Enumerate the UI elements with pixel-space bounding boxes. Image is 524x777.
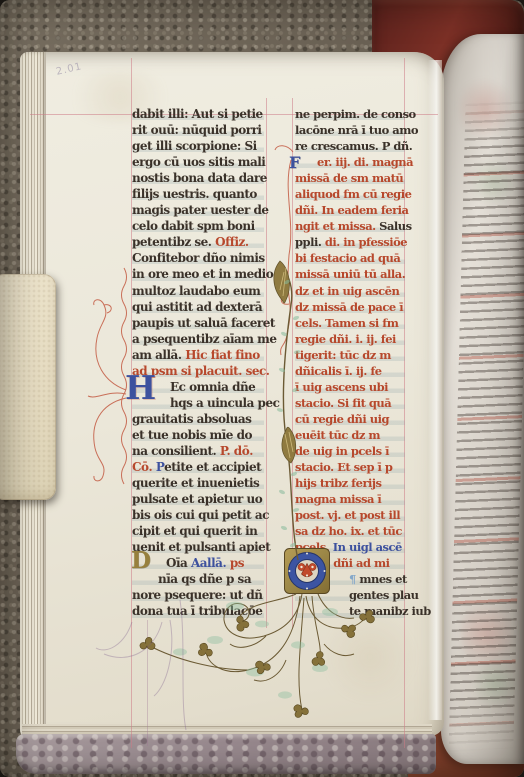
text-segment: Salus <box>379 219 411 233</box>
text-line: magis pater uester de <box>132 202 264 218</box>
text-line: get illi scorpione: Si <box>132 138 264 154</box>
gutter-highlight <box>428 60 442 720</box>
text-line: a psequentibz aīam me <box>132 331 264 347</box>
text-segment: P <box>156 460 164 474</box>
text-segment: grauitatis absoluas <box>132 412 251 426</box>
text-segment: cels. Tamen si fm <box>295 316 398 330</box>
text-segment: ergo cū uos sitis mali <box>132 155 265 169</box>
text-segment: te manibz iub <box>349 604 431 618</box>
text-line: er. iij. di. magnā <box>295 154 405 170</box>
text-segment: ps <box>230 556 244 570</box>
text-line: dz missā de pace ī <box>295 299 405 315</box>
text-segment: bi festacio ad quā <box>295 251 400 265</box>
bookmark-tab <box>0 274 56 500</box>
text-segment: am allā. <box>132 348 185 362</box>
text-segment: ne perpim. de conso <box>295 107 416 121</box>
text-segment: P. dō. <box>220 444 253 458</box>
text-segment: post. vj. et post ill <box>295 508 400 522</box>
text-line: ne perpim. de conso <box>295 106 405 122</box>
text-segment: di. in pfessiōe <box>325 235 407 249</box>
text-line: te manibz iub <box>295 603 405 619</box>
text-line: Oīa Aallā. ps <box>132 555 264 571</box>
text-line: grauitatis absoluas <box>132 411 264 427</box>
text-segment: uenit et pulsanti apiet <box>132 540 270 554</box>
initial-cadel-gold: D <box>131 549 151 572</box>
text-line: uenit et pulsanti apiet <box>132 539 264 555</box>
text-segment: dabit illi: Aut si petie <box>132 107 263 121</box>
text-line: Cō. Petite et accipiet <box>132 459 264 475</box>
text-segment: Cō. <box>132 460 156 474</box>
text-segment: in ore meo et in medio <box>132 267 273 281</box>
text-segment: a psequentibz aīam me <box>132 332 277 346</box>
text-segment: nore psequere: ut dñ <box>132 588 263 602</box>
text-line: na consilient. P. dō. <box>132 443 264 459</box>
text-segment: etite et accipiet <box>164 460 261 474</box>
text-line: celo dabit spm boni <box>132 218 264 234</box>
text-line: sa dz ho. ix. et tūc <box>295 523 405 539</box>
text-segment: et tue nobis mīe do <box>132 428 252 442</box>
text-segment: petentibz se. <box>132 235 215 249</box>
text-line: pulsate et apietur uo <box>132 491 264 507</box>
text-segment: aliquod fm cū regie <box>295 187 411 201</box>
text-line: missā uniū tū alla. <box>295 266 405 282</box>
text-segment: stacio. Si fit quā <box>295 396 391 410</box>
text-line: stacio. Si fit quā <box>295 395 405 411</box>
text-line: ī uig ascens ubi <box>295 379 405 395</box>
initial-o-illuminated: O <box>284 548 330 594</box>
text-line: qui astitit ad dexterā <box>132 299 264 315</box>
text-segment: dz et in uig ascēn <box>295 284 399 298</box>
text-segment: ngit et missa. <box>295 219 379 233</box>
text-segment: querite et inuenietis <box>132 476 259 490</box>
text-line: Confitebor dño nimis <box>132 250 264 266</box>
text-segment: stacio. Et sep ī p <box>295 460 392 474</box>
text-line: dñicalis ī. ij. fe <box>295 363 405 379</box>
text-line: missā de sm matū <box>295 170 405 186</box>
text-line: dñi. In eadem feria <box>295 202 405 218</box>
text-segment: Aallā. <box>191 556 230 570</box>
text-line: bis ois cui qui petit ac <box>132 507 264 523</box>
text-segment: cū regie dñi uig <box>295 412 389 426</box>
text-line: ergo cū uos sitis mali <box>132 154 264 170</box>
text-line: dz et in uig ascēn <box>295 283 405 299</box>
text-line: dabit illi: Aut si petie <box>132 106 264 122</box>
text-line: cipit et qui querit in <box>132 523 264 539</box>
text-line: aliquod fm cū regie <box>295 186 405 202</box>
text-line: bi festacio ad quā <box>295 250 405 266</box>
text-line: et tue nobis mīe do <box>132 427 264 443</box>
ruling-line-vertical <box>147 620 148 746</box>
text-segment: Offiz. <box>215 235 248 249</box>
text-line: hijs tribz ferijs <box>295 475 405 491</box>
text-segment: na consilient. <box>132 444 220 458</box>
manuscript-photo: 2.01 dabit illi: Aut si petierit ouū: nū… <box>0 0 524 777</box>
text-line: multoz laudabo eum <box>132 283 264 299</box>
text-segment: tigerit: tūc dz m <box>295 348 391 362</box>
text-segment: filijs uestris. quanto <box>132 187 257 201</box>
text-line: stacio. Et sep ī p <box>295 459 405 475</box>
text-segment: Hic fiat fino <box>185 348 260 362</box>
text-segment: bis ois cui qui petit ac <box>132 508 269 522</box>
text-segment: dñi. In eadem feria <box>295 203 408 217</box>
text-segment: euēit tūc dz m <box>295 428 380 442</box>
text-segment: nostis bona data dare <box>132 171 267 185</box>
text-segment: nīa qs dñe p sa <box>158 572 251 586</box>
text-segment: sa dz ho. ix. et tūc <box>295 524 402 538</box>
text-segment: paupis ut saluā faceret <box>132 316 275 330</box>
text-line: filijs uestris. quanto <box>132 186 264 202</box>
text-segment: Oīa <box>166 556 191 570</box>
text-segment: multoz laudabo eum <box>132 284 260 298</box>
text-line: lacōne nrā ī tuo amo <box>295 122 405 138</box>
text-segment: ppli. <box>295 235 325 249</box>
text-line: dona tua ī tribulacōe <box>132 603 264 619</box>
text-segment: regie dñi. i. ij. fei <box>295 332 396 346</box>
text-line: ppli. di. in pfessiōe <box>295 234 405 250</box>
text-segment: dz missā de pace ī <box>295 300 403 314</box>
initial-h-illuminated: H <box>125 371 156 404</box>
text-line: nore psequere: ut dñ <box>132 587 264 603</box>
text-line: post. vj. et post ill <box>295 507 405 523</box>
facing-page <box>441 34 524 764</box>
text-segment: In uigl ascē <box>333 540 402 554</box>
parchment-stain <box>320 612 420 702</box>
text-segment: ¶ <box>349 572 359 586</box>
text-line: petentibz se. Offiz. <box>132 234 264 250</box>
text-segment: qui astitit ad dexterā <box>132 300 262 314</box>
text-segment: hijs tribz ferijs <box>295 476 382 490</box>
text-line: am allā. Hic fiat fino <box>132 347 264 363</box>
text-segment: lacōne nrā ī tuo amo <box>295 123 418 137</box>
text-segment: magis pater uester de <box>132 203 269 217</box>
text-segment: Confitebor dño nimis <box>132 251 265 265</box>
text-segment: er. iij. di. magnā <box>317 155 413 169</box>
text-line: paupis ut saluā faceret <box>132 315 264 331</box>
text-line: cels. Tamen si fm <box>295 315 405 331</box>
page-block-bottom <box>16 734 436 774</box>
text-segment: celo dabit spm boni <box>132 219 255 233</box>
text-segment: dñicalis ī. ij. fe <box>295 364 382 378</box>
text-segment: pulsate et apietur uo <box>132 492 262 506</box>
text-segment: get illi scorpione: Si <box>132 139 257 153</box>
text-segment: dona tua ī tribulacōe <box>132 604 262 618</box>
text-segment: mnes et <box>359 572 406 586</box>
text-line: tigerit: tūc dz m <box>295 347 405 363</box>
text-segment: rit ouū: nūquid porri <box>132 123 261 137</box>
text-line: nīa qs dñe p sa <box>132 571 264 587</box>
text-line: ngit et missa. Salus <box>295 218 405 234</box>
text-line: rit ouū: nūquid porri <box>132 122 264 138</box>
initial-f-blue: F <box>289 155 300 171</box>
text-segment: missā uniū tū alla. <box>295 267 405 281</box>
text-segment: missā de sm matū <box>295 171 403 185</box>
text-line: querite et inuenietis <box>132 475 264 491</box>
text-segment: ī uig ascens ubi <box>295 380 388 394</box>
text-line: regie dñi. i. ij. fei <box>295 331 405 347</box>
text-line: cū regie dñi uig <box>295 411 405 427</box>
left-text-column: dabit illi: Aut si petierit ouū: nūquid … <box>132 106 264 620</box>
text-segment: re crescamus. P dñ. <box>295 139 412 153</box>
initial-o-artwork <box>284 548 330 594</box>
text-line: de uig in pcels ī <box>295 443 405 459</box>
right-text-column: ne perpim. de consolacōne nrā ī tuo amor… <box>295 106 405 620</box>
text-line: nostis bona data dare <box>132 170 264 186</box>
facing-page-text-texture <box>448 95 524 752</box>
text-segment: cipit et qui querit in <box>132 524 257 538</box>
text-segment: de uig in pcels ī <box>295 444 389 458</box>
text-line: in ore meo et in medio <box>132 266 264 282</box>
text-line: re crescamus. P dñ. <box>295 138 405 154</box>
text-segment: hqs a uincula pec <box>170 396 279 410</box>
text-segment: Ec omnia dñe <box>170 380 255 394</box>
text-line: euēit tūc dz m <box>295 427 405 443</box>
text-segment: magna missa ī <box>295 492 381 506</box>
text-line: magna missa ī <box>295 491 405 507</box>
text-segment: gentes plau <box>349 588 419 602</box>
